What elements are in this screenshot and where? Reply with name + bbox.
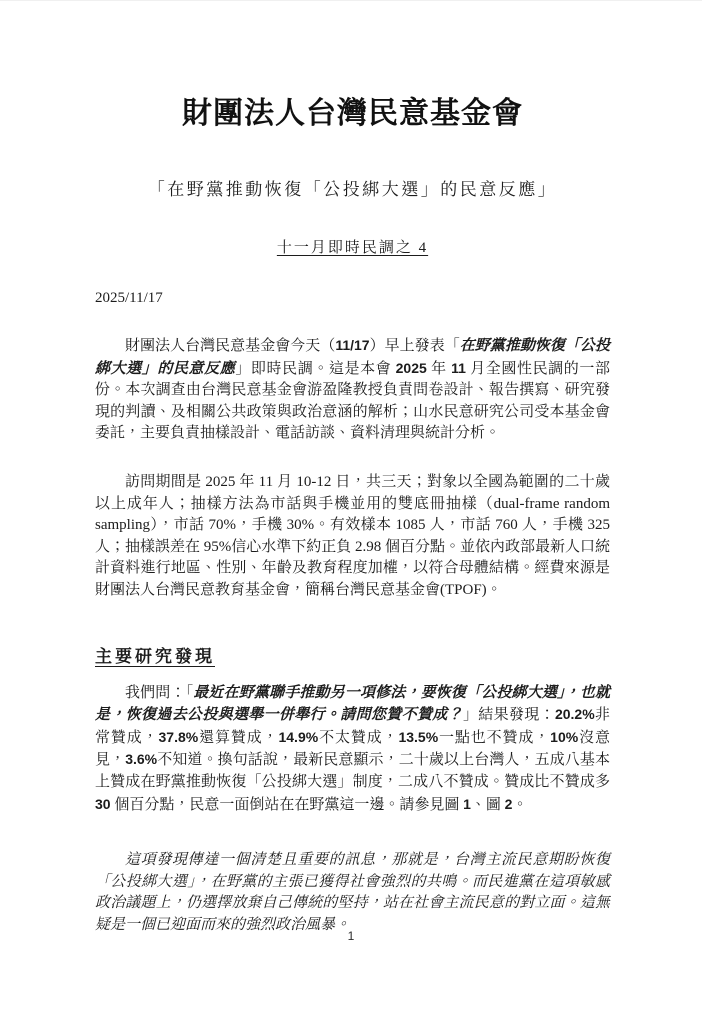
organization-title: 財團法人台灣民意基金會 [95,1,610,135]
section-heading-main-findings: 主要研究發現 [95,642,610,667]
document-content: 財團法人台灣民意基金會 「在野黨推動恢復「公投綁大選」的民意反應」 十一月即時民… [0,1,702,936]
page-number: 1 [0,929,702,943]
document-page: 財團法人台灣民意基金會 「在野黨推動恢復「公投綁大選」的民意反應」 十一月即時民… [0,0,702,1024]
findings-paragraph: 我們問：「最近在野黨聯手推動另一項修法，要恢復「公投綁大選」，也就是，恢復過去公… [95,683,610,817]
commentary-paragraph: 這項發現傳達一個清楚且重要的訊息，那就是，台灣主流民意期盼恢復「公投綁大選」，在… [95,850,610,936]
methodology-paragraph: 訪問期間是 2025 年 11 月 10-12 日，共三天；對象以全國為範圍的二… [95,472,610,602]
press-release-subtitle: 「在野黨推動恢復「公投綁大選」的民意反應」 [95,179,610,201]
poll-series-line: 十一月即時民調之 4 [95,236,610,257]
intro-paragraph: 財團法人台灣民意基金會今天（11/17）早上發表「在野黨推動恢復「公投綁大選」的… [95,335,610,445]
release-date: 2025/11/17 [95,288,610,308]
